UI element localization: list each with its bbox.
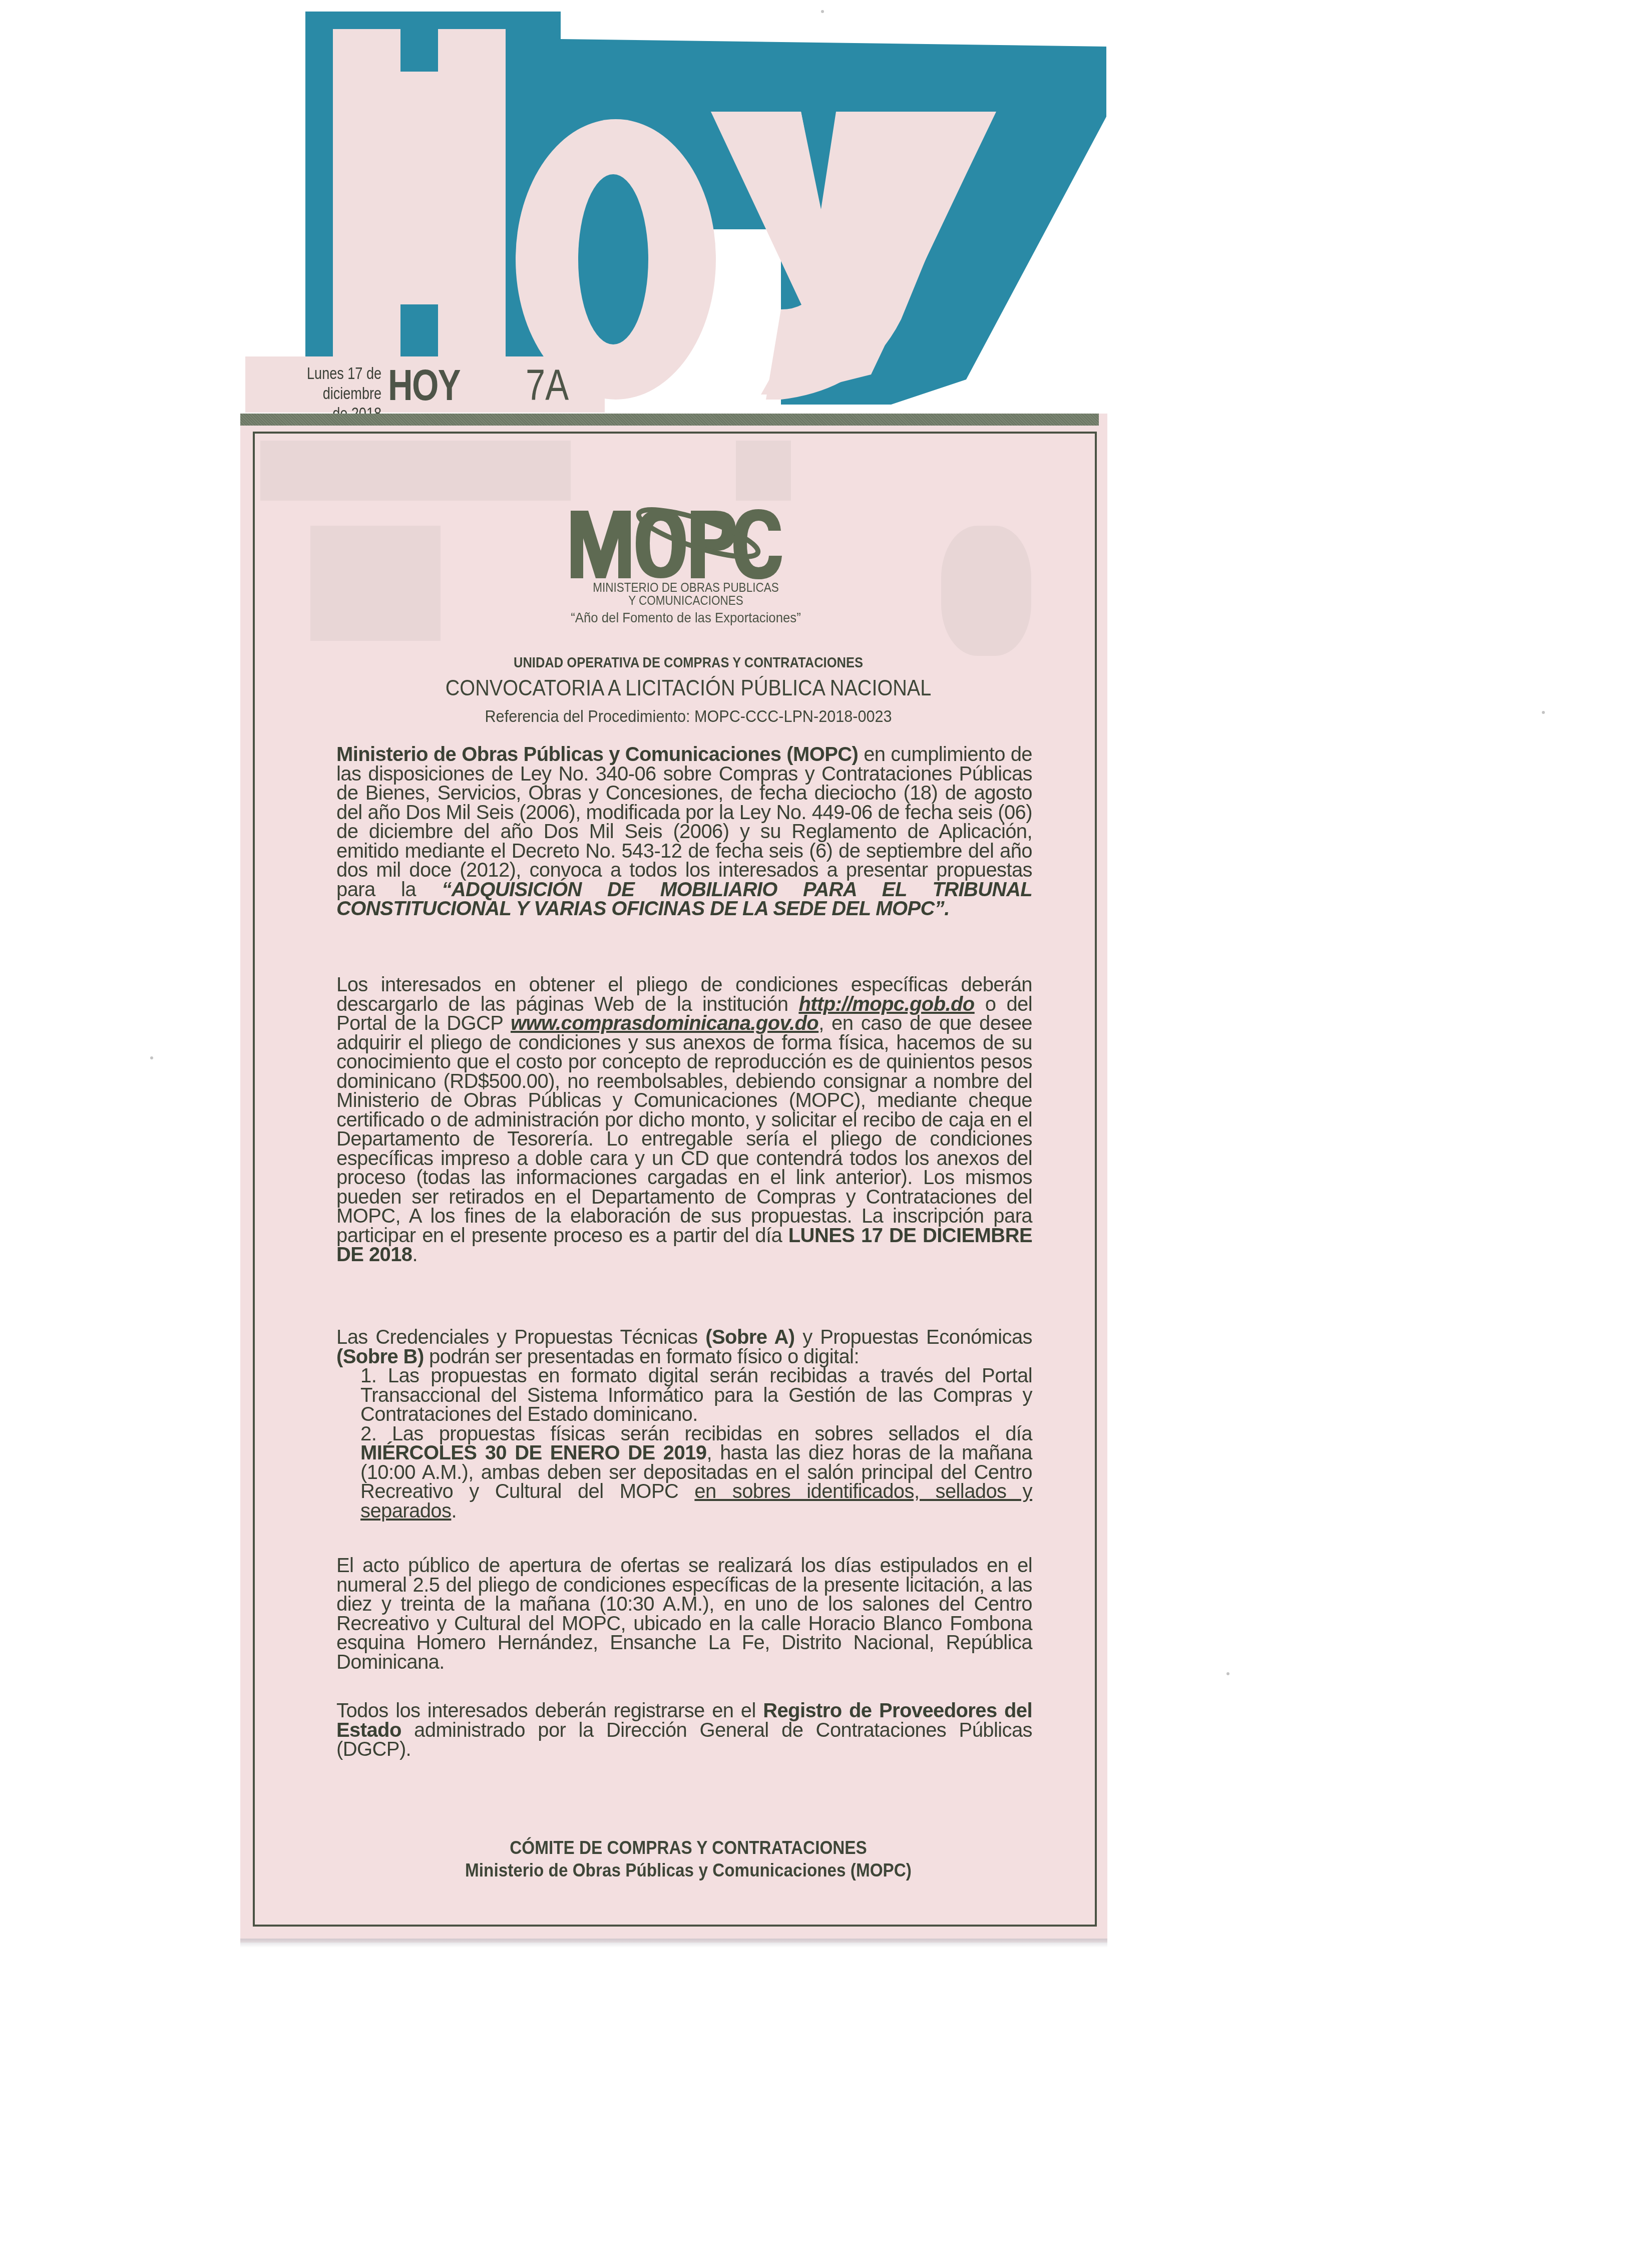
list-item-physical: 2. Las propuestas físicas serán recibida… <box>336 1424 1032 1521</box>
paragraph-text: administrado por la Dirección General de… <box>336 1719 1032 1761</box>
paragraph-text: Las Credenciales y Propuestas Técnicas <box>336 1326 705 1348</box>
paragraph-opening-act: El acto público de apertura de ofertas s… <box>336 1556 1032 1672</box>
mopc-logo-icon <box>566 503 786 583</box>
paragraph-registration: Todos los interesados deberán registrars… <box>336 1701 1032 1759</box>
dgcp-portal-link[interactable]: www.comprasdominicana.gov.do <box>511 1012 818 1034</box>
ministry-name-bold: Ministerio de Obras Públicas y Comunicac… <box>336 743 858 766</box>
paragraph-text: , en caso de que desee adquirir el plieg… <box>336 1012 1032 1247</box>
unit-heading: UNIDAD OPERATIVA DE COMPRAS Y CONTRATACI… <box>369 655 1008 671</box>
paragraph-convocation: Ministerio de Obras Públicas y Comunicac… <box>336 745 1032 919</box>
paper-edge-shadow <box>240 1939 1107 1948</box>
paragraph-bidding-documents: Los interesados en obtener el pliego de … <box>336 975 1032 1265</box>
year-slogan: “Año del Fomento de las Exportaciones” <box>470 610 903 626</box>
list-item-text: . <box>451 1500 457 1522</box>
scan-speck <box>821 10 824 13</box>
paragraph-submission: Las Credenciales y Propuestas Técnicas (… <box>336 1328 1032 1521</box>
paragraph-text: y Propuestas Económicas <box>795 1326 1032 1348</box>
envelope-a-label: (Sobre A) <box>705 1326 794 1348</box>
notice-title: CONVOCATORIA A LICITACIÓN PÚBLICA NACION… <box>362 676 1015 701</box>
list-item-text: 2. Las propuestas físicas serán recibida… <box>360 1423 1032 1445</box>
date-line-1: Lunes 17 de diciembre <box>270 363 381 404</box>
list-item-digital: 1. Las propuestas en formato digital ser… <box>336 1366 1032 1424</box>
mopc-logo-line2: Y COMUNICACIONES <box>474 594 898 608</box>
scan-speck <box>1226 1672 1229 1675</box>
paragraph-text: podrán ser presentadas en formato físico… <box>424 1346 859 1368</box>
hoy-newspaper-logo <box>300 9 1111 410</box>
envelope-b-label: (Sobre B) <box>336 1346 424 1368</box>
mopc-website-link[interactable]: http://mopc.gob.do <box>798 993 974 1015</box>
submission-deadline-date: MIÉRCOLES 30 DE ENERO DE 2019 <box>360 1442 706 1464</box>
procedure-reference: Referencia del Procedimiento: MOPC-CCC-L… <box>362 707 1015 726</box>
page-number: 7A <box>526 362 569 408</box>
scan-speck <box>1542 711 1545 714</box>
mopc-logo-line1: MINISTERIO DE OBRAS PUBLICAS <box>474 581 898 595</box>
paragraph-text: Todos los interesados deberán registrars… <box>336 1700 763 1722</box>
scan-speck <box>150 1056 153 1059</box>
top-rule-band <box>240 414 1099 426</box>
mopc-logo <box>566 503 786 583</box>
signature-ministry: Ministerio de Obras Públicas y Comunicac… <box>362 1860 1015 1881</box>
page-header-strip: Lunes 17 de diciembre de 2018 HOY 7A <box>245 356 605 413</box>
signature-committee: CÓMITE DE COMPRAS Y CONTRATACIONES <box>362 1837 1015 1858</box>
hoy-logo-graphic <box>300 9 1111 410</box>
newspaper-name: HOY <box>388 362 460 408</box>
paragraph-text: en cumplimiento de las disposiciones de … <box>336 743 1032 901</box>
paragraph-text: . <box>412 1244 418 1266</box>
